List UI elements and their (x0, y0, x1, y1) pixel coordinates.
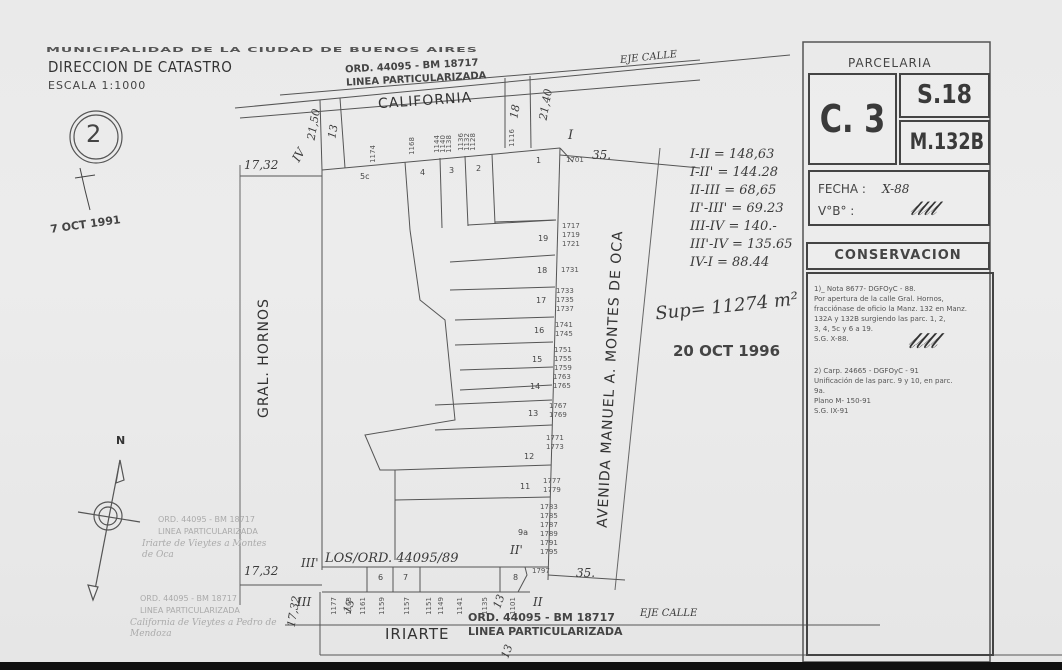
address-number: 1751 (554, 346, 572, 355)
address-number: 1174 (369, 145, 377, 163)
note-line: 1)_ Nota 8677- DGFOyC - 88. (814, 284, 967, 294)
vobo-signature: 𝓁𝓁𝓁𝓁 (910, 196, 937, 220)
address-number: 1116 (508, 129, 516, 147)
parcel-2: 2 (476, 164, 481, 173)
fecha-value: X-88 (882, 182, 909, 196)
address-number: 1763 (553, 373, 571, 382)
note-line: fracciónase de oficio la Manz. 132 en Ma… (814, 304, 967, 314)
fecha-box: FECHA : X-88 V°B° : 𝓁𝓁𝓁𝓁 (808, 170, 990, 226)
seccion-box: S.18 (899, 73, 990, 118)
vertex-ii: II (533, 595, 542, 609)
vertex-iii: III (297, 595, 311, 609)
note-line: S.G. X-88. (814, 334, 967, 344)
dim-east-north: 35. (592, 148, 611, 162)
date-stamp-center: 20 OCT 1996 (673, 342, 780, 360)
address-number: 1771 (546, 434, 564, 443)
parcel-15: 15 (532, 355, 542, 364)
address-number: 1769 (549, 411, 567, 420)
south-handwritten-ordinance: LOS/ORD. 44095/89 (325, 551, 459, 566)
parcel-15-numbers: 1751 1755 1759 (554, 346, 572, 373)
faded-note-5: LINEA PARTICULARIZADA (140, 606, 240, 615)
vertex-ii-prime: II' (510, 543, 523, 557)
address-number: 1785 (540, 512, 558, 521)
address-number: 1101 (509, 597, 517, 615)
vertex-iii-prime: III' (301, 556, 319, 570)
address-number: 1773 (546, 443, 564, 452)
parcel-6: 6 (378, 573, 383, 582)
address-number: 1795 (540, 548, 558, 557)
address-number: 1759 (554, 364, 572, 373)
conservacion-note-1: 1)_ Nota 8677- DGFOyC - 88. Por apertura… (814, 284, 967, 344)
compass-north-label: N (116, 434, 125, 447)
fecha-label: FECHA : (818, 182, 866, 196)
measurement-item: II'-III' = 69.23 (690, 200, 793, 218)
parcel-19: 19 (538, 234, 548, 243)
organization-name: MUNICIPALIDAD DE LA CIUDAD DE BUENOS AIR… (46, 46, 478, 54)
faded-note-4: ORD. 44095 - BM 18717 (140, 594, 237, 603)
address-number: 1789 (540, 530, 558, 539)
conservacion-title: CONSERVACION (808, 244, 988, 268)
conservacion-note-2: 2) Carp. 24665 - DGFOyC - 91 Unificación… (814, 366, 953, 416)
address-number: 1701 (566, 156, 584, 164)
address-number: 1777 (543, 477, 561, 486)
address-number: 1719 (562, 231, 580, 240)
measurement-item: I-II = 148,63 (690, 146, 793, 164)
note-line: Por apertura de la calle Gral. Hornos, (814, 294, 967, 304)
parcel-9a: 9a (518, 528, 528, 537)
parcel-14: 14 (530, 382, 540, 391)
address-number: 1735 (556, 296, 574, 305)
compass-rose (78, 460, 140, 600)
dim-north-c: 18 (507, 103, 522, 119)
parcel-13: 13 (528, 409, 538, 418)
measurement-item: II-III = 68,65 (690, 182, 793, 200)
parcel-16-numbers: 1741 1745 (555, 321, 573, 339)
vertex-i: I (568, 128, 573, 143)
measurement-item: III'-IV = 135.65 (690, 236, 793, 254)
note-line: S.G. IX-91 (814, 406, 953, 416)
conservacion-signature: 𝓁𝓁𝓁𝓁 (908, 329, 937, 354)
parcel-14-numbers: 1763 1765 (553, 373, 571, 391)
measurements-list: I-II = 148,63 I-II' = 144.28 II-III = 68… (690, 146, 793, 272)
parcel-19-numbers: 1717 1719 1721 (562, 222, 580, 249)
faded-note-2: LINEA PARTICULARIZADA (158, 527, 258, 536)
parcel-17: 17 (536, 296, 546, 305)
map-scale: ESCALA 1:1000 (48, 79, 146, 92)
cadastral-sheet: MUNICIPALIDAD DE LA CIUDAD DE BUENOS AIR… (0, 0, 1062, 662)
south-linea-particularizada: LINEA PARTICULARIZADA (468, 625, 623, 638)
measurement-item: III-IV = 140.- (690, 218, 793, 236)
dim-north-b: 13 (325, 123, 340, 139)
address-number: 1177 (330, 597, 338, 615)
address-number: 1721 (562, 240, 580, 249)
dim-nw-width: 17,32 (244, 158, 278, 172)
parcel-13-numbers: 1767 1769 (549, 402, 567, 420)
address-number: 1163 (345, 597, 353, 615)
street-label-gral-hornos: GRAL. HORNOS (256, 318, 272, 418)
faded-note-1: ORD. 44095 - BM 18717 (158, 515, 255, 524)
parcel-8: 8 (513, 573, 518, 582)
address-number: 1767 (549, 402, 567, 411)
note-line: 2) Carp. 24665 - DGFOyC - 91 (814, 366, 953, 376)
parcel-4: 4 (420, 168, 425, 177)
address-number: 1161 (359, 597, 367, 615)
note-line: Unificación de las parc. 9 y 10, en parc… (814, 376, 953, 386)
parcel-11: 11 (520, 482, 530, 491)
street-label-iriarte: IRIARTE (385, 625, 450, 643)
address-number: 1779 (543, 486, 561, 495)
address-number: 1157 (403, 597, 411, 615)
address-number: 1783 (540, 503, 558, 512)
note-line: Plano M- 150-91 (814, 396, 953, 406)
address-number: 1733 (556, 287, 574, 296)
address-number: 1731 (561, 266, 579, 274)
faded-note-6: California de Vieytes a Pedro de Mendoza (130, 618, 280, 640)
parcel-5c: 5c (360, 172, 370, 181)
address-number: 1737 (556, 305, 574, 314)
south-ordinance: ORD. 44095 - BM 18717 (468, 611, 615, 624)
note-line: 9a. (814, 386, 953, 396)
circunscripcion-box: C. 3 (808, 73, 897, 165)
parcel-1: 1 (536, 156, 541, 165)
address-number: 1138 (445, 135, 453, 153)
note-line: 3, 4, 5c y 6 a 19. (814, 324, 967, 334)
circunscripcion-value: C. 3 (819, 75, 887, 163)
measurement-item: I-II' = 144.28 (690, 164, 793, 182)
address-number: 1717 (562, 222, 580, 231)
dim-east-south: 35. (576, 566, 595, 580)
conservacion-notes-box: 1)_ Nota 8677- DGFOyC - 88. Por apertura… (806, 272, 994, 656)
parcel-16: 16 (534, 326, 544, 335)
note-line: 132A y 132B surgiendo las parc. 1, 2, (814, 314, 967, 324)
section-label-parcelaria: PARCELARIA (848, 56, 932, 70)
vobo-label: V°B° : (818, 204, 854, 218)
parcel-12: 12 (524, 452, 534, 461)
parcel-9a-numbers: 1783 1785 1787 1789 1791 1795 (540, 503, 558, 557)
address-number: 1151 (425, 597, 433, 615)
address-number: 1141 (456, 597, 464, 615)
address-number: 1168 (408, 137, 416, 155)
address-number: 1797 (532, 567, 550, 575)
address-number: 1159 (378, 597, 386, 615)
department-name: DIRECCION DE CATASTRO (48, 58, 232, 76)
address-number: 1745 (555, 330, 573, 339)
parcel-18: 18 (537, 266, 547, 275)
parcel-17-numbers: 1733 1735 1737 (556, 287, 574, 314)
south-eje-calle: EJE CALLE (640, 608, 697, 619)
parcel-7: 7 (403, 573, 408, 582)
address-number: 1741 (555, 321, 573, 330)
dim-sw-width: 17,32 (244, 564, 278, 578)
measurement-item: IV-I = 88.44 (690, 254, 793, 272)
address-number: 1787 (540, 521, 558, 530)
parcel-12-numbers: 1771 1773 (546, 434, 564, 452)
parcel-11-numbers: 1777 1779 (543, 477, 561, 495)
address-number: 1128 (469, 133, 477, 151)
address-number: 1135 (481, 597, 489, 615)
sheet-number: 2 (86, 120, 101, 148)
manzana-value: M.132B (910, 122, 980, 163)
address-number: 1149 (437, 597, 445, 615)
seccion-value: S.18 (908, 75, 982, 116)
address-number: 1755 (554, 355, 572, 364)
address-number: 1791 (540, 539, 558, 548)
parcel-3: 3 (449, 166, 454, 175)
address-number: 1765 (553, 382, 571, 391)
faded-note-3: Iriarte de Vieytes a Montes de Oca (142, 539, 267, 561)
scan-bottom-edge (0, 662, 1062, 670)
conservacion-header-box: CONSERVACION (806, 242, 990, 270)
manzana-box: M.132B (899, 120, 990, 165)
